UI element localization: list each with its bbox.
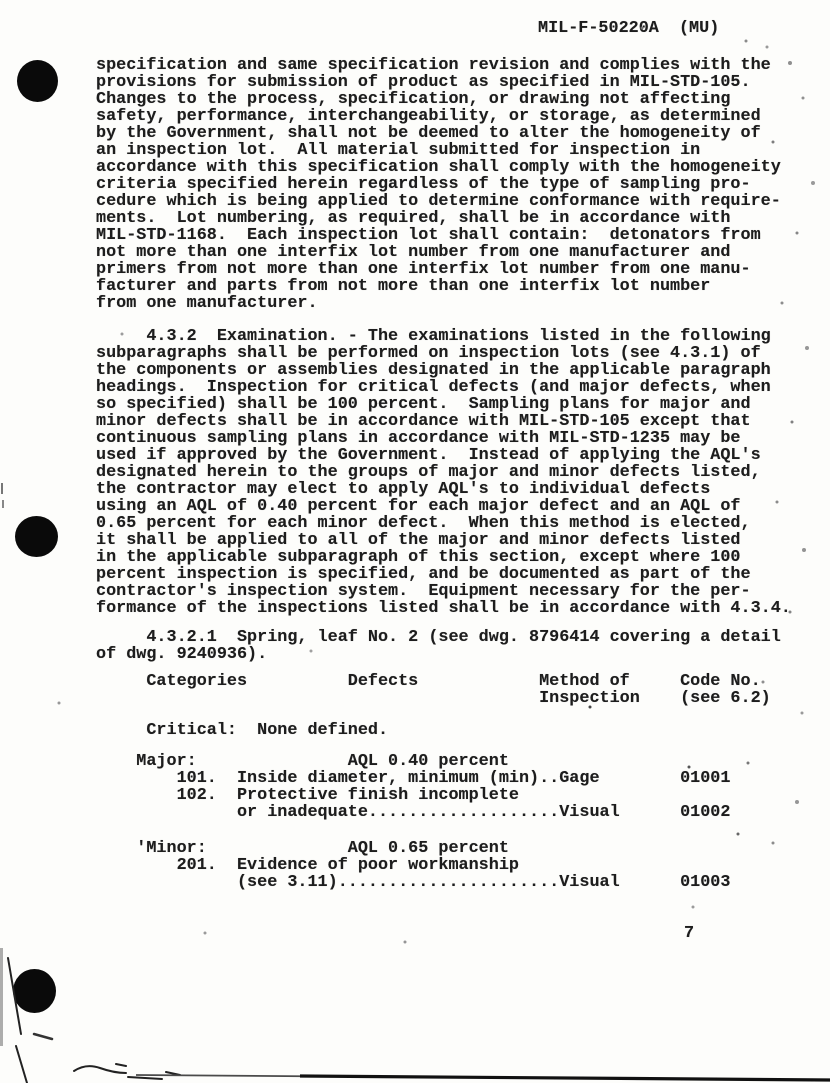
scan-edge-line	[136, 1075, 400, 1077]
scan-edge-sliver	[0, 948, 3, 1046]
punch-hole-bottom	[13, 969, 56, 1013]
paragraph-4-3-2-1-spring: 4.3.2.1 Spring, leaf No. 2 (see dwg. 879…	[96, 629, 781, 663]
table-rows-minor: 'Minor: AQL 0.65 percent 201. Evidence o…	[96, 840, 730, 891]
paragraph-intro: specification and same specification rev…	[96, 57, 781, 312]
table-rows-major: Major: AQL 0.40 percent 101. Inside diam…	[96, 753, 730, 821]
table-column-headers: Categories Defects Method of Code No. In…	[96, 673, 771, 707]
edge-tick-mark	[1, 483, 3, 494]
table-row-critical: Critical: None defined.	[96, 722, 388, 739]
punch-hole-top	[17, 60, 58, 102]
paragraph-4-3-2-examination: 4.3.2 Examination. - The examinations li…	[96, 328, 791, 617]
pen-mark	[34, 1034, 52, 1039]
scan-noise-speckles	[0, 0, 2, 2]
document-page: MIL-F-50220A (MU) specification and same…	[0, 0, 830, 1083]
document-number: MIL-F-50220A (MU)	[538, 20, 719, 37]
scribble-mark	[74, 1064, 180, 1079]
page-number: 7	[684, 925, 694, 942]
edge-tick-mark	[2, 500, 4, 508]
punch-hole-middle	[15, 516, 58, 557]
scan-edge-line	[300, 1076, 830, 1080]
pen-mark	[16, 1046, 27, 1083]
